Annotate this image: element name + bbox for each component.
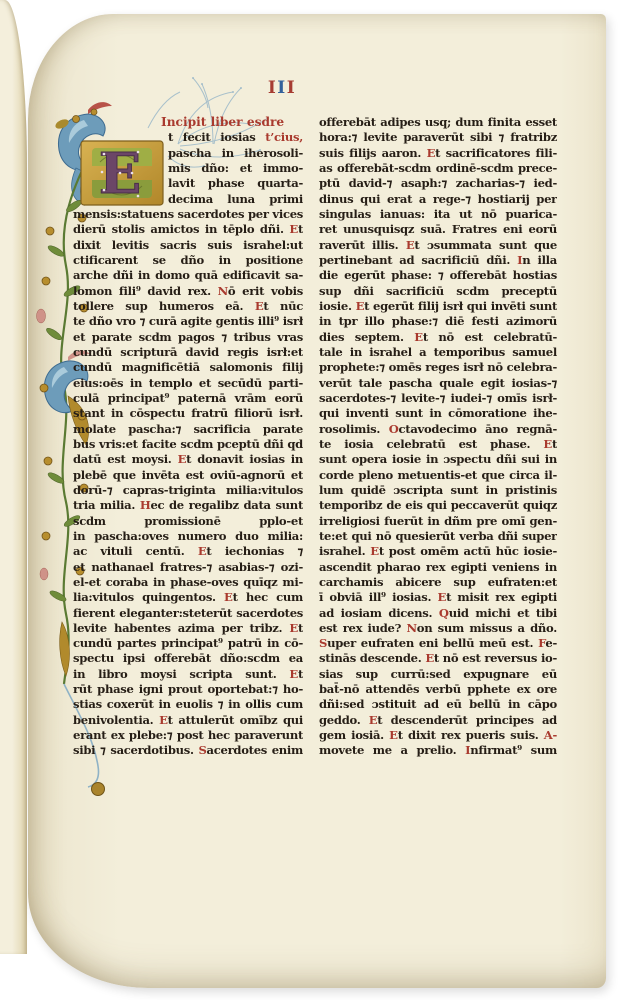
text-line: cundū magnificētiā salomonis filij	[73, 360, 303, 375]
text-line: ascendit pharao rex egipti veniens in	[319, 560, 557, 575]
text-line: mis dño: et immo-	[168, 161, 303, 176]
text-line: dies septem. Et nō est celebratū-phase	[319, 330, 557, 345]
text-line: erant ex plebe:⁊ post hec paraverunt	[73, 728, 303, 743]
text-line: in tpr illo phase:⁊ diē festi azimorū pe…	[319, 314, 557, 329]
text-line: die egerūt phase: ⁊ offerebāt hostias	[319, 268, 557, 283]
text-line: Super eufraten eni bellū meū est. Fe-	[319, 636, 557, 651]
text-line: lum quidē ɔscripta sunt in pristinis	[319, 483, 557, 498]
text-line: culā principat⁹ paternā vrām eorū qui	[73, 391, 303, 406]
text-line: el-et coraba in phase-oves quīqz mi-	[73, 575, 303, 590]
text-line: offerebāt adipes usq; dum finita esset	[319, 115, 557, 130]
text-line: qui inventi sunt in cōmoratione ihe-	[319, 406, 557, 421]
text-line: singulas ianuas: ita ut nō puarica-	[319, 207, 557, 222]
text-line: ad iosiam dicens. Quid michi et tibi	[319, 606, 557, 621]
text-line: benivolentia. Et attulerūt omībz qui	[73, 713, 303, 728]
text-line: cundū scripturā david regis isrł:et se-	[73, 345, 303, 360]
text-line: iosie. Et egerūt filij isrł qui invēti s…	[319, 299, 557, 314]
text-line: ac vituli centū. Et iechonias ⁊ semeias	[73, 544, 303, 559]
text-line: ctificarent se dño in positione sancte	[73, 253, 303, 268]
text-line: pertinebant ad sacrificiū dñi. In illa	[319, 253, 557, 268]
text-line: carchamis abicere sup eufraten:et exijt	[319, 575, 557, 590]
text-line: irreligiosi fuerūt in dñm pre omī gen-	[319, 514, 557, 529]
text-line: te iosia celebratū est phase. Et directa	[319, 437, 557, 452]
text-line: tale in israhel a temporibus samuel	[319, 345, 557, 360]
text-line: sup dñi sacrificiū scdm preceptū regis	[319, 284, 557, 299]
text-line: decima luna primi	[168, 192, 303, 207]
terminal-gold-ball	[92, 783, 105, 796]
text-line: cundū partes principat⁹ patrū in cō-	[73, 636, 303, 651]
text-line: et nathanael fratres-⁊ asabias-⁊ ozi-	[73, 560, 303, 575]
text-line: t fecit iosias t’cius,	[168, 130, 303, 145]
text-line: tollere sup humeros eā. Et nūc serui-	[73, 299, 303, 314]
text-column-right: offerebāt adipes usq; dum finita essetho…	[319, 115, 557, 759]
text-line: geddo. Et descenderūt principes ad re-	[319, 713, 557, 728]
text-line: est rex iude? Non sum missus a dño.	[319, 621, 557, 636]
text-line: stias coxerūt in euolis ⁊ in ollis cum	[73, 697, 303, 712]
text-line: datū est moysi. Et donavit iosias in	[73, 452, 303, 467]
text-line: tria milia. Hec de regalibz data sunt	[73, 498, 303, 513]
text-line: bat̄-nō attendēs verbū pphete ex ore	[319, 682, 557, 697]
text-line: dinus qui erat a rege-⁊ hostiarij per	[319, 192, 557, 207]
text-line: scdm promissionē pplo-et sacerdotibz	[73, 514, 303, 529]
text-line: lia:vitulos quingentos. Et hec cum	[73, 590, 303, 605]
text-line: in pascha:oves numero duo milia:	[73, 529, 303, 544]
text-line: fierent eleganter:steterūt sacerdotes et	[73, 606, 303, 621]
text-line: dierū stolis amictos in tēplo dñi. Et	[73, 222, 303, 237]
folio-numeral-letter: I	[268, 78, 277, 98]
text-line: dixit levitis sacris suis israhel:ut san…	[73, 238, 303, 253]
text-line: te:et qui nō quesierūt verba dñi super	[319, 529, 557, 544]
text-line: raverūt illis. Et ɔsummata sunt que	[319, 238, 557, 253]
text-line: sias sup currū:sed expugnare eū cona-	[319, 667, 557, 682]
text-line: prophete:⁊ omēs reges isrł nō celebra-	[319, 360, 557, 375]
text-line: stant in cōspectu fratrū filiorū isrł. I…	[73, 406, 303, 421]
text-line: dorū-⁊ capras-triginta milia:vitulos	[73, 483, 303, 498]
text-line: levite habentes azima per tribz. Et se-	[73, 621, 303, 636]
text-line: sacerdotes-⁊ levite-⁊ iudei-⁊ omīs isrł-	[319, 391, 557, 406]
text-line: eius:oēs in templo et secūdū parti-	[73, 376, 303, 391]
text-line: hora:⁊ levite paraverūt sibi ⁊ fratribz	[319, 130, 557, 145]
manuscript-page: III E Incipit liber esdret feci	[28, 14, 606, 988]
text-line: israhel. Et post omēm actū hūc iosie-	[319, 544, 557, 559]
text-line: verūt tale pascha quale egit iosias-⁊	[319, 376, 557, 391]
text-line: sibi ⁊ sacerdotibus. Sacerdotes enim	[73, 743, 303, 758]
text-line: lomon fili⁹ david rex. Nō erit vobis	[73, 284, 303, 299]
text-line: temporibz de eis qui peccaverūt quiqz	[319, 498, 557, 513]
text-line: in libro moysi scripta sunt. Et assave-	[73, 667, 303, 682]
text-line: bus vris:et facite scdm pceptū dñi qd	[73, 437, 303, 452]
book-gutter-pages	[0, 0, 27, 954]
text-line: ī obviā ill⁹ iosias. Et misit rex egipti	[319, 590, 557, 605]
text-line: rosolimis. Octavodecimo āno regnā-	[319, 422, 557, 437]
text-line: corde pleno metuentis-et que circa il-	[319, 468, 557, 483]
text-line: gem iosiā. Et dixit rex pueris suis. A-	[319, 728, 557, 743]
text-line: spectu ipsi offerebāt dño:scdm ea que	[73, 651, 303, 666]
text-line: stinās descende. Et nō est reversus io-	[319, 651, 557, 666]
gold-leaf	[60, 622, 70, 676]
text-column-left: Incipit liber esdret fecit iosias t’cius…	[73, 115, 303, 759]
rubric-incipit: Incipit liber esdre	[161, 115, 303, 130]
text-line: movete me a prelio. Infirmat⁹ sum	[319, 743, 557, 758]
text-line: rūt phase igni prout oportebat:⁊ ho-	[73, 682, 303, 697]
text-line: dñi:sed ɔstituit ad eū bellū in cāpo ma-	[319, 697, 557, 712]
text-line: arche dñi in domo quā edificavit sa-	[73, 268, 303, 283]
text-line: as offerebāt-scdm ordinē-scdm prece-	[319, 161, 557, 176]
folio-numeral-letter: I	[287, 78, 296, 98]
text-line: ret unusquisqz suā. Fratres eni eorū pa-	[319, 222, 557, 237]
text-line: suis filijs aaron. Et sacrificatores fil…	[319, 146, 557, 161]
folio-numeral-letter: I	[277, 78, 286, 98]
text-line: molate pascha:⁊ sacrificia parate fratri…	[73, 422, 303, 437]
text-line: pascha in iherosoli-	[168, 146, 303, 161]
photograph-of-open-book: III E Incipit liber esdret feci	[0, 0, 623, 1000]
text-line: sunt opera iosie in ɔspectu dñi sui in	[319, 452, 557, 467]
text-line: plebē que invēta est oviū-agnorū et he-	[73, 468, 303, 483]
pink-bud	[37, 309, 49, 580]
text-line: te dño vro ⁊ curā agite gentis illi⁹ isr…	[73, 314, 303, 329]
text-line: ptū david-⁊ asaph:⁊ zacharias-⁊ ied-	[319, 176, 557, 191]
text-line: mensis:statuens sacerdotes per vices	[73, 207, 303, 222]
text-line: et parate scdm pagos ⁊ tribus vras se-	[73, 330, 303, 345]
folio-numeral: III	[262, 78, 302, 98]
text-line: lavit phase quarta-	[168, 176, 303, 191]
